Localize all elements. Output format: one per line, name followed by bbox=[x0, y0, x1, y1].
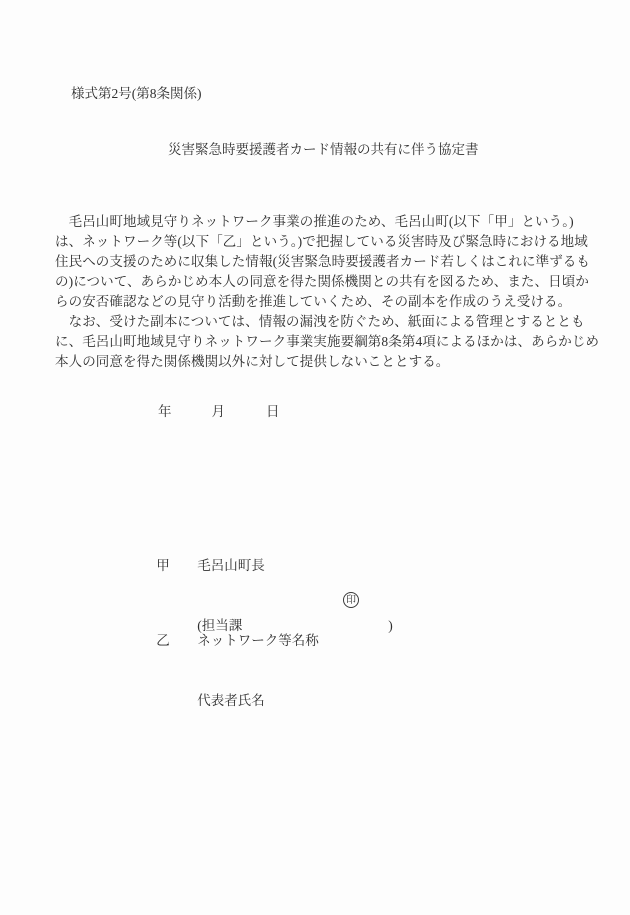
body-line: は、ネットワーク等(以下「乙」という。)で把握している災害時及び緊急時における地… bbox=[55, 232, 615, 252]
party-otsu-name-label: ネットワーク等名称 bbox=[197, 633, 319, 648]
body-line: 住民への支援のために収集した情報(災害緊急時要援護者カード若しくはこれに準ずるも bbox=[55, 252, 615, 272]
body-line: に、毛呂山町地域見守りネットワーク事業実施要綱第8条第4項によるほかは、あらかじ… bbox=[55, 332, 615, 352]
date-line: 年月日 bbox=[158, 402, 280, 422]
party-otsu-marker: 乙 bbox=[156, 631, 197, 651]
body-line: 毛呂山町地域見守りネットワーク事業の推進のため、毛呂山町(以下「甲」という。) bbox=[55, 212, 615, 232]
body-line: 本人の同意を得た関係機関以外に対して提供しないこととする。 bbox=[55, 352, 615, 372]
body-line: らの安否確認などの見守り活動を推進していくため、その副本を作成のうえ受ける。 bbox=[55, 292, 615, 312]
agreement-body: 毛呂山町地域見守りネットワーク事業の推進のため、毛呂山町(以下「甲」という。) … bbox=[55, 212, 615, 372]
body-line: なお、受けた副本については、情報の漏洩を防ぐため、紙面による管理とするととも bbox=[55, 312, 615, 332]
body-line: の)について、あらかじめ本人の同意を得た関係機関との共有を図るため、また、日頃か bbox=[55, 272, 615, 292]
date-month-label: 月 bbox=[212, 404, 226, 419]
seal-mark-icon: 印 bbox=[343, 592, 359, 608]
date-year-label: 年 bbox=[158, 404, 172, 419]
party-kou-department-close: ) bbox=[388, 618, 393, 633]
date-day-label: 日 bbox=[266, 404, 280, 419]
document-title: 災害緊急時要援護者カード情報の共有に伴う協定書 bbox=[168, 141, 479, 159]
document-page: 様式第2号(第8条関係) 災害緊急時要援護者カード情報の共有に伴う協定書 毛呂山… bbox=[0, 0, 630, 915]
form-number-label: 様式第2号(第8条関係) bbox=[71, 86, 202, 102]
party-otsu-block: 乙ネットワーク等名称 代表者氏名 bbox=[136, 571, 319, 731]
party-otsu-representative-label: 代表者氏名 bbox=[197, 693, 265, 708]
